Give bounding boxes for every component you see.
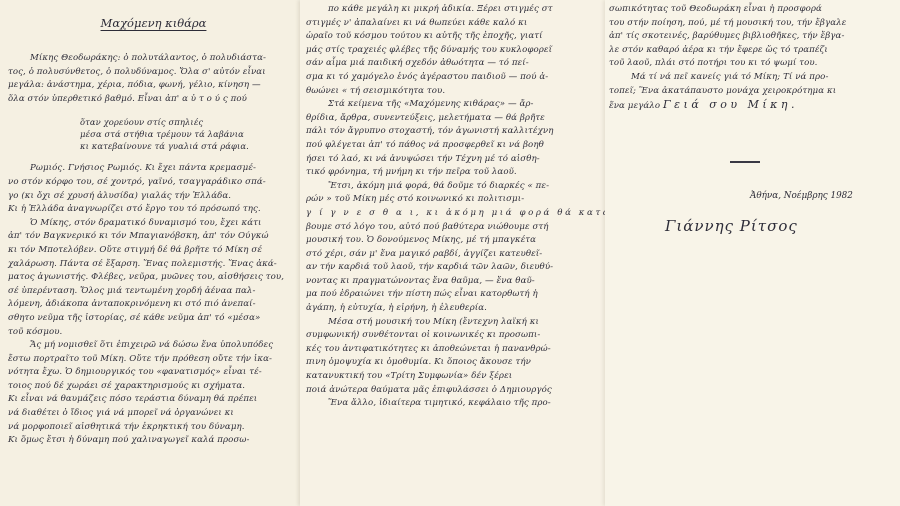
text-line: του στήν ποίηση, πού, μέ τή μουσική του,… (609, 17, 896, 31)
text-line: Κι ὅμως ἔτσι ἡ δύναμη πού χαλιναγωγεῖ κα… (8, 434, 299, 448)
text-line: νοντας κι πραγματώνοντας ἕνα θαῦμα, — ἕν… (306, 275, 601, 289)
text-line: συμφωνική) συνθέτονται οἱ κοινωνικές κι … (306, 329, 601, 343)
text-line: μάς στίς τραχειές φλέβες τῆς δύναμής του… (306, 44, 601, 58)
section-divider (730, 161, 760, 163)
text-line: πού φλέγεται ἀπ' τό πάθος νά προσφερθεῖ … (306, 139, 601, 153)
text-line: σμα κι τό χαμόγελο ἑνός ἀγέραστου παιδιο… (306, 71, 601, 85)
text-line: πο κάθε μεγάλη κι μικρή ἀδικία. Ξέρει στ… (306, 3, 601, 17)
document-title: Μαχόμενη κιθάρα (8, 16, 299, 30)
text-line: γο (κι ὄχι σέ χρυσή ἁλυσίδα) γιαλάς τήν … (8, 190, 299, 204)
text-line: ὅλα στόν ὑπερθετικό βαθμό. Εἶναι ἀπ' α ὐ… (8, 93, 299, 107)
page-middle: πο κάθε μεγάλη κι μικρή ἀδικία. Ξέρει στ… (300, 0, 605, 506)
text-line: μα πού ἐδραιώνει τήν πίστη πώς εἶναι κατ… (306, 288, 601, 302)
text-line: νο στόν κόρφο του, σέ χοντρό, γαϊνό, τσα… (8, 176, 299, 190)
text-line: βουμε στό λόγο του, αὐτό πού βαθύτερα νι… (306, 221, 601, 235)
text-line: Μέσα στή μουσική του Μίκη (ἔντεχνη λαϊκή… (306, 316, 601, 330)
text-line: Κι εἶναι νά θαυμάζεις πόσο τεράστια δύνα… (8, 393, 299, 407)
body-paragraphs: πο κάθε μεγάλη κι μικρή ἀδικία. Ξέρει στ… (306, 3, 601, 411)
text-line: Μίκης Θεοδωράκης: ὁ πολυτάλαντος, ὁ πολυ… (8, 52, 299, 66)
text-line: γ ί γ ν ε σ θ α ι, κι ἀκόμη μιά φορά θά … (306, 207, 601, 221)
text-line: χαλάρωση. Πάντα σέ ἔξαρση. Ἕνας πολεμιστ… (8, 258, 299, 272)
verse-quote: ὅταν χορεύουν στίς σπηλιές μέσα στά στήθ… (8, 116, 299, 152)
dateline: Ἀθήνα, Νοέμβρης 1982 (750, 191, 853, 201)
text-line: σάν αἷμα μιά παιδική σχεδόν ἀθωότητα — τ… (306, 57, 601, 71)
text-line: νότητα ἔχω. Ὁ δημιουργικός του «φανατισμ… (8, 366, 299, 380)
text-line: μεγάλα: ἀνάστημα, χέρια, πόδια, φωνή, γέ… (8, 79, 299, 93)
body-paragraphs: σωπικότητας τοῦ Θεοδωράκη εἶναι ἡ προσφο… (609, 3, 896, 112)
text-line: κι τόν Μποτελόβεν. Οὔτε στιγμή δέ θά βρῆ… (8, 244, 299, 258)
text-line: Στά κείμενα τῆς «Μαχόμενης κιθάρας» — ἄρ… (306, 98, 601, 112)
closing-prefix: ἕνα μεγάλο (609, 101, 660, 111)
text-line: σωπικότητας τοῦ Θεοδωράκη εἶναι ἡ προσφο… (609, 3, 896, 17)
closing-emphasis: Γειά σου Μίκη. (663, 98, 798, 111)
text-line: ρών » τοῦ Μίκη μές στό κοινωνικό κι πολι… (306, 193, 601, 207)
text-line: νά μορφοποιεῖ αἰσθητικά τήν ἐκρηκτική το… (8, 421, 299, 435)
verse-line: ὅταν χορεύουν στίς σπηλιές (8, 116, 299, 128)
text-line: ματος ἀγωνιστής. Φλέβες, νεῦρα, μυῶνες τ… (8, 271, 299, 285)
page-right: σωπικότητας τοῦ Θεοδωράκη εἶναι ἡ προσφο… (605, 0, 900, 506)
text-line: στιγμές ν' ἀπαλαίνει κι νά θωπεύει κάθε … (306, 17, 601, 31)
verse-line: κι κατεβαίνουνε τά γυαλιά στά ράφια. (8, 140, 299, 152)
text-line: λόμενη, ἀδιάκοπα ἀνταποκρινόμενη κι στό … (8, 298, 299, 312)
text-line: θρίδια, ἄρθρα, συνεντεύξεις, μελετήματα … (306, 112, 601, 126)
text-line: θωώνει « τή σεισμικότητα του. (306, 85, 601, 99)
text-line: ὡραῖο τοῦ κόσμου τούτου κι αὐτῆς τῆς ἐπο… (306, 30, 601, 44)
text-line: Ὁ Μίκης, στόν δραματικό δυναμισμό του, ἔ… (8, 217, 299, 231)
text-line: ποιά ἀνώτερα θαύματα μᾶς ἐπιφυλάσσει ὁ Δ… (306, 384, 601, 398)
text-line: Μά τί νά πεῖ κανείς γιά τό Μίκη; Τί νά π… (609, 71, 896, 85)
text-line: κές του ἀντιφατικότητες κι ἀποθεώνεται ἡ… (306, 343, 601, 357)
text-line: ἀπ' τίς σκοτεινές, βαρύθυμες βιβλιοθῆκες… (609, 30, 896, 44)
page-left: Μαχόμενη κιθάρα Μίκης Θεοδωράκης: ὁ πολυ… (0, 0, 305, 506)
body-paragraphs: Ρωμιός. Γνήσιος Ρωμιός. Κι ἔχει πάντα κρ… (8, 162, 299, 447)
text-line: Ρωμιός. Γνήσιος Ρωμιός. Κι ἔχει πάντα κρ… (8, 162, 299, 176)
author-signature: Γιάννης Ρίτσος (665, 217, 798, 235)
text-line: πινη ὁμοψυχία κι ὁμοθυμία. Κι ὅποιος ἄκο… (306, 356, 601, 370)
text-line: τος, ὁ πολυσύνθετος, ὁ πολυδύναμος. Ὅλα … (8, 66, 299, 80)
text-line: σθητο νεῦμα τῆς ἱστορίας, σέ κάθε νεῦμα … (8, 312, 299, 326)
text-line: Ἕνα ἄλλο, ἰδιαίτερα τιμητικό, κεφάλαιο τ… (306, 397, 601, 411)
text-line: τικό φρόνημα, τή μνήμη κι τήν πεῖρα τοῦ … (306, 166, 601, 180)
text-line: λε στόν καθαρό ἀέρα κι τήν ἔφερε ὥς τό τ… (609, 44, 896, 58)
text-line: ήσει τό λαό, κι νά ἀνυψώσει τήν Τέχνη μέ… (306, 153, 601, 167)
text-line: ἔστω πορτραῖτο τοῦ Μίκη. Οὔτε τήν πρόθεσ… (8, 353, 299, 367)
intro-paragraph: Μίκης Θεοδωράκης: ὁ πολυτάλαντος, ὁ πολυ… (8, 52, 299, 106)
text-line: ἀπ' τόν Βαγκνερικό κι τόν Μπαγιανόβσκη, … (8, 230, 299, 244)
text-line: πάλι τόν ἄγρυπνο στοχαστή, τόν ἀγωνιστή … (306, 125, 601, 139)
text-line: κατανυκτική του «Τρίτη Συμφωνία» δέν ξέρ… (306, 370, 601, 384)
text-line: νά διαθέτει ὁ ἴδιος γιά νά μπορεῖ νά ὀργ… (8, 407, 299, 421)
verse-line: μέσα στά στήθια τρέμουν τά λαβάνια (8, 128, 299, 140)
text-line: ἀγάπη, ἡ εὐτυχία, ἡ εἰρήνη, ἡ ἐλευθερία. (306, 302, 601, 316)
text-line: Ἄς μή νομισθεῖ ὅτι ἐπιχειρῶ νά δώσω ἕνα … (8, 339, 299, 353)
text-line: τοῦ λαοῦ, πλάι στό ποτήρι του κι τό ψωμί… (609, 57, 896, 71)
text-line: τοπεῖ; Ἕνα ἀκατάπαυστο μονάχα χειροκρότη… (609, 85, 896, 99)
text-line: αν τήν καρδιά τοῦ λαοῦ, τήν καρδιά τῶν λ… (306, 261, 601, 275)
closing-line: ἕνα μεγάλο Γειά σου Μίκη. (609, 98, 896, 112)
text-line: στό χέρι, σάν μ' ἕνα μαγικό ραβδί, ἀγγίζ… (306, 248, 601, 262)
text-line: μουσική του. Ὁ δονούμενος Μίκης, μέ τή μ… (306, 234, 601, 248)
text-line: τοιος πού δέ χωράει σέ χαρακτηρισμούς κι… (8, 380, 299, 394)
text-line: σέ ὑπερένταση. Ὅλος μιά τεντωμένη χορδή … (8, 285, 299, 299)
text-line: Ἔτσι, ἀκόμη μιά φορά, θά δοῦμε τό διαρκέ… (306, 180, 601, 194)
text-line: Κι ἡ Ἑλλάδα ἀναγνωρίζει στό ἔργο του τό … (8, 203, 299, 217)
text-line: τοῦ κόσμου. (8, 326, 299, 340)
